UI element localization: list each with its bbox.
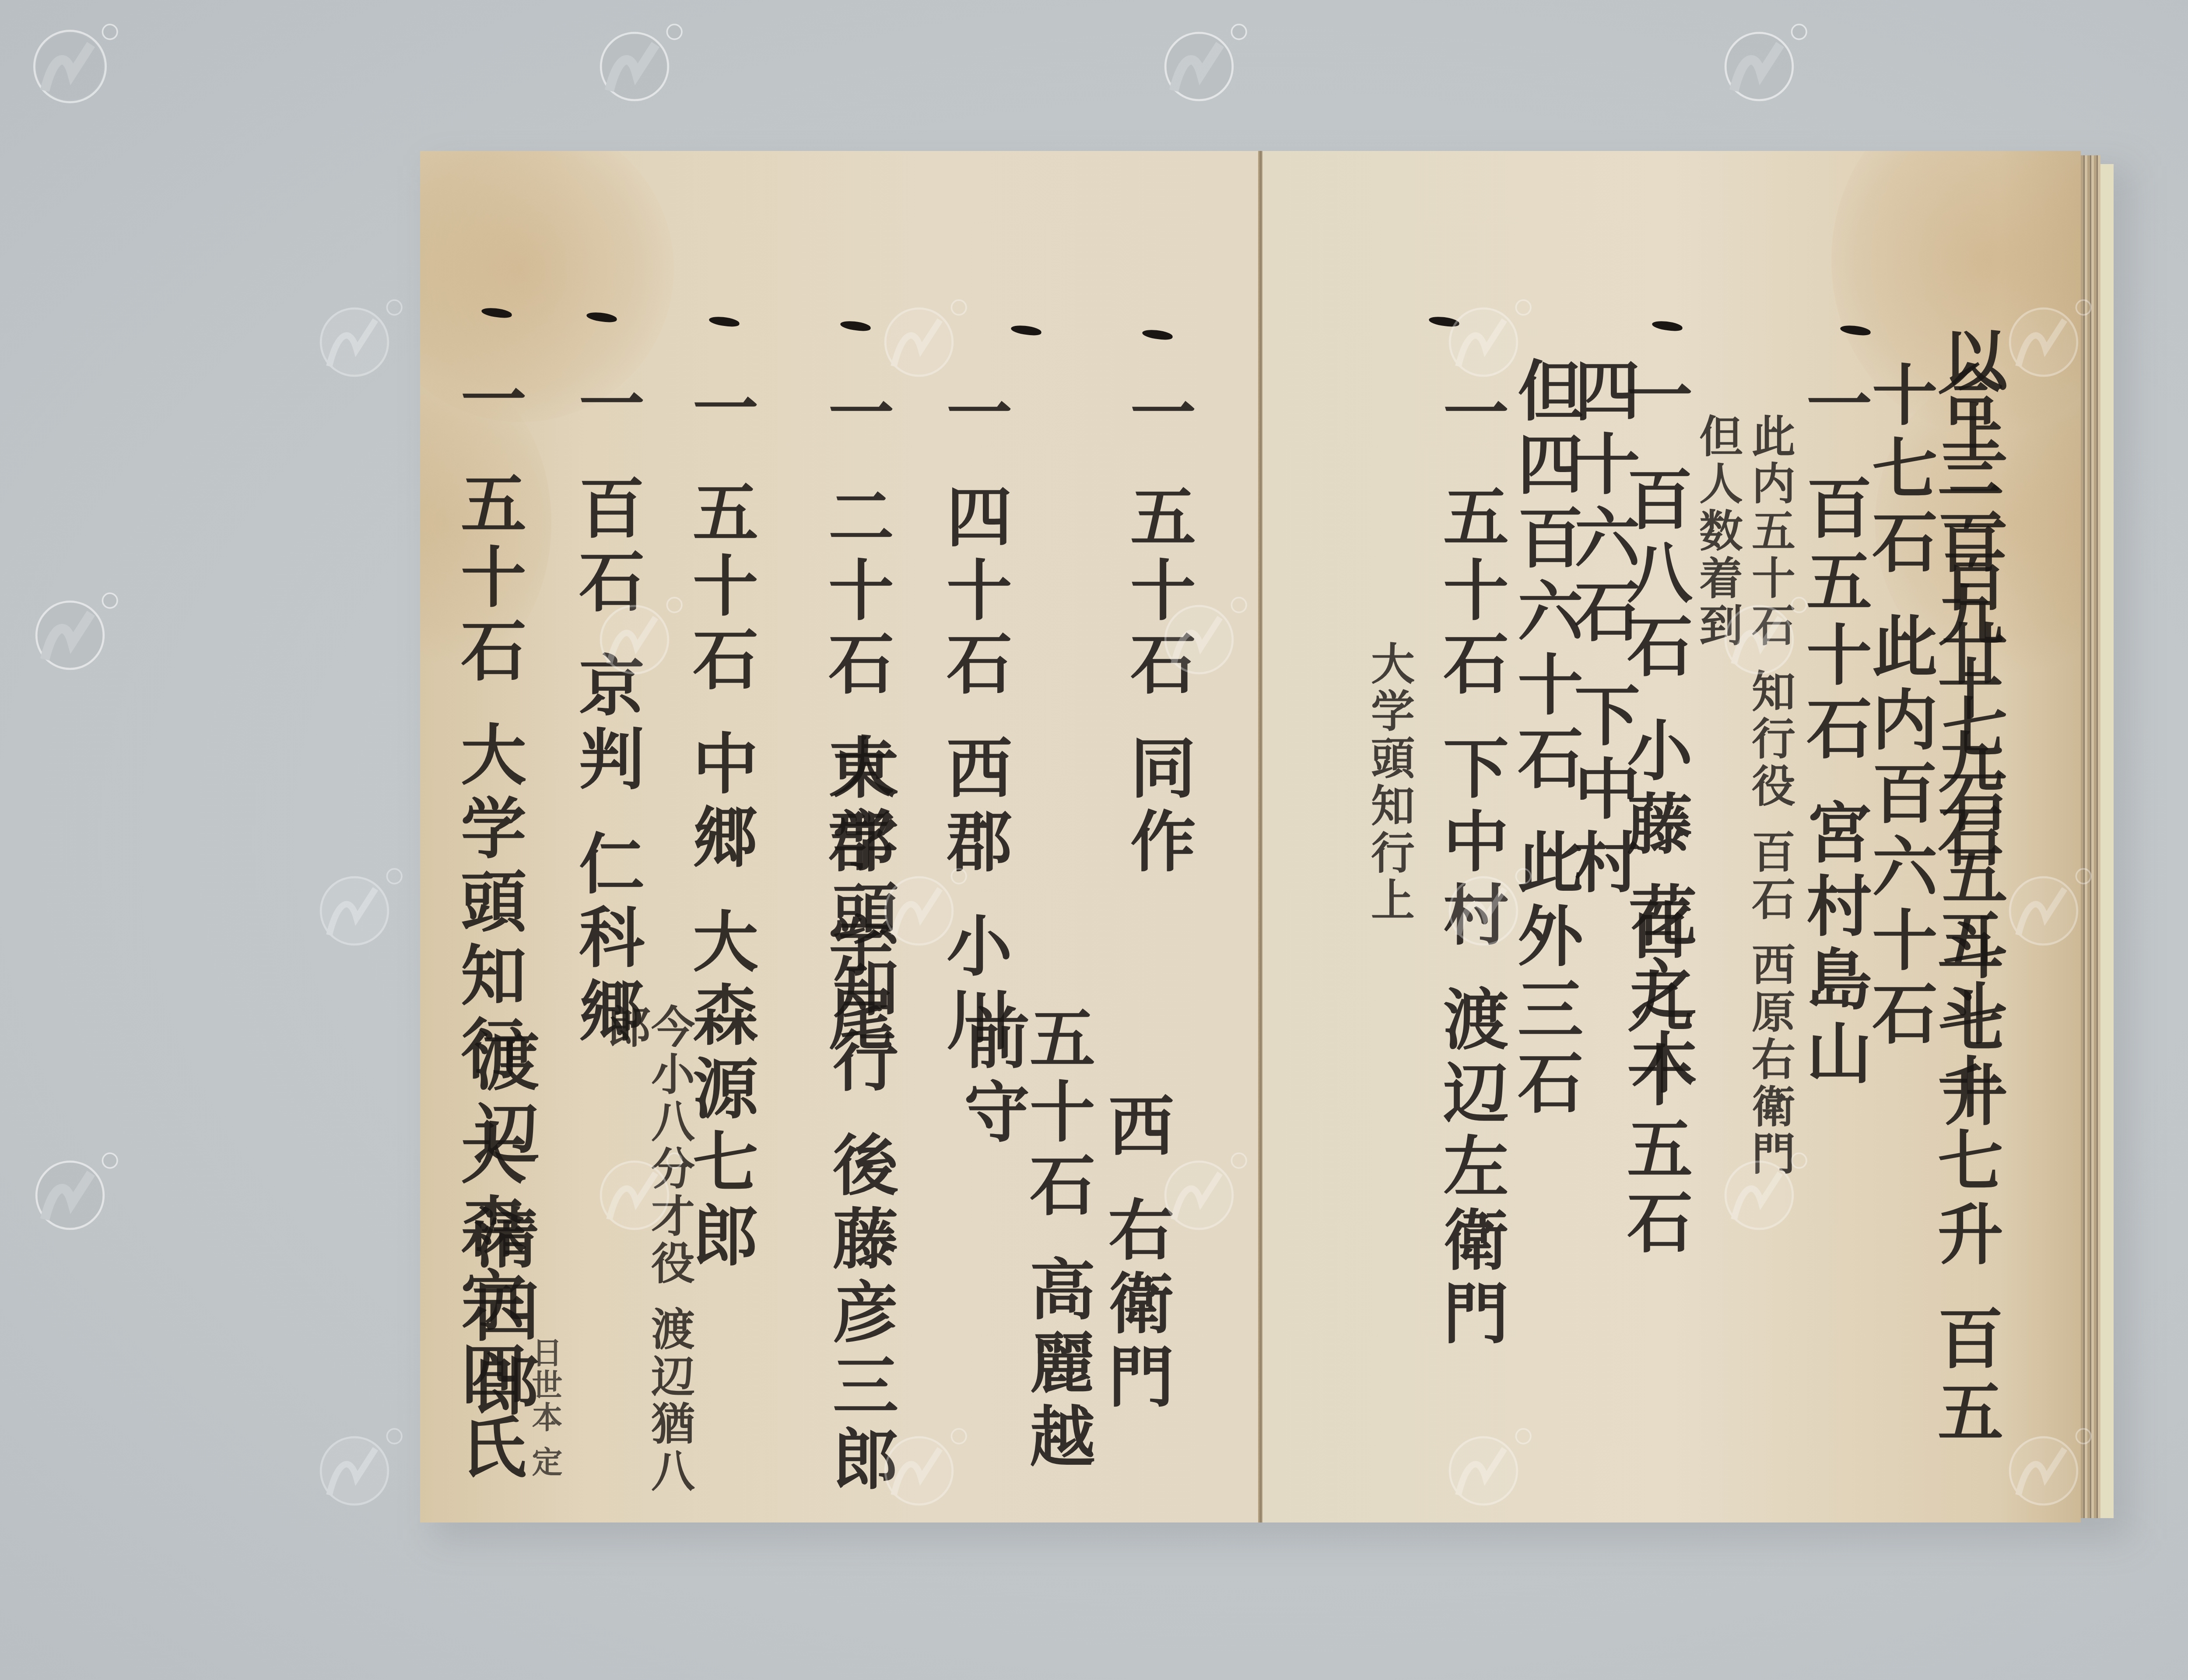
watermark-logo-icon (18, 577, 123, 682)
watermark-logo-icon (1431, 1413, 1536, 1518)
watermark-logo-icon (1991, 1413, 2096, 1518)
text-column: 但四百六十石 此外三石 (1512, 357, 1578, 1122)
open-book: 一 五十石 同作 西 右衛門 一 四十石 西郡 小川 五十石 高麗越前守 一 二… (420, 151, 2114, 1522)
watermark-logo-icon (18, 1137, 123, 1242)
text-column: 一 五十石 中郷 大森源七郎 (687, 374, 753, 1275)
watermark-logo-icon (1707, 1137, 1812, 1242)
watermark-logo-icon (1431, 284, 1536, 389)
text-column: 一 百石 京判 仁科郷 (573, 370, 639, 1050)
text-column: 五十石 高麗越前守 (958, 1004, 1090, 1522)
text-column: 花之木 (1626, 882, 1691, 1102)
watermark-logo-icon (866, 284, 971, 389)
watermark-logo-icon (1707, 9, 1812, 114)
watermark-logo-icon (866, 1413, 971, 1518)
text-column: 渡辺 清四郎 (468, 1026, 534, 1424)
text-column: 合三百九十九石 五斗十七升 百五十七石 此内百六十石 (1866, 361, 1998, 1522)
right-page: 以上二百廿七石五斗七升 合三百九十九石 五斗十七升 百五十七石 此内百六十石 一… (1262, 151, 2081, 1522)
watermark-logo-icon (1147, 582, 1252, 687)
watermark-logo-icon (582, 582, 687, 687)
watermark-logo-icon (1147, 1137, 1252, 1242)
text-column: 此内五十石 知行役 百石 西原右衛門 (1748, 413, 1792, 1178)
text-column: 大学頭知行 後藤彦三郎 (827, 733, 893, 1498)
watermark-logo-icon (302, 853, 407, 958)
watermark-logo-icon (866, 853, 971, 958)
text-column: 大学頭知行上 (1367, 641, 1411, 924)
watermark-logo-icon (1991, 284, 2096, 389)
back-cover-edge (2100, 164, 2114, 1518)
text-column: 日世本 定 (529, 1337, 560, 1478)
watermark-logo-icon (1991, 853, 2096, 958)
watermark-logo-icon (18, 9, 123, 114)
text-column: 一 百五十石 宮村島山 (1801, 370, 1866, 1092)
watermark-logo-icon (582, 1137, 687, 1242)
watermark-logo-icon (1707, 582, 1812, 687)
watermark-logo-icon (302, 284, 407, 389)
watermark-logo-icon (1147, 9, 1252, 114)
watermark-logo-icon (1431, 853, 1536, 958)
left-page: 一 五十石 同作 西 右衛門 一 四十石 西郡 小川 五十石 高麗越前守 一 二… (420, 151, 1260, 1522)
text-column: 今小八分才役 渡辺猶八郎 (604, 1004, 691, 1522)
watermark-logo-icon (582, 9, 687, 114)
watermark-logo-icon (302, 1413, 407, 1518)
